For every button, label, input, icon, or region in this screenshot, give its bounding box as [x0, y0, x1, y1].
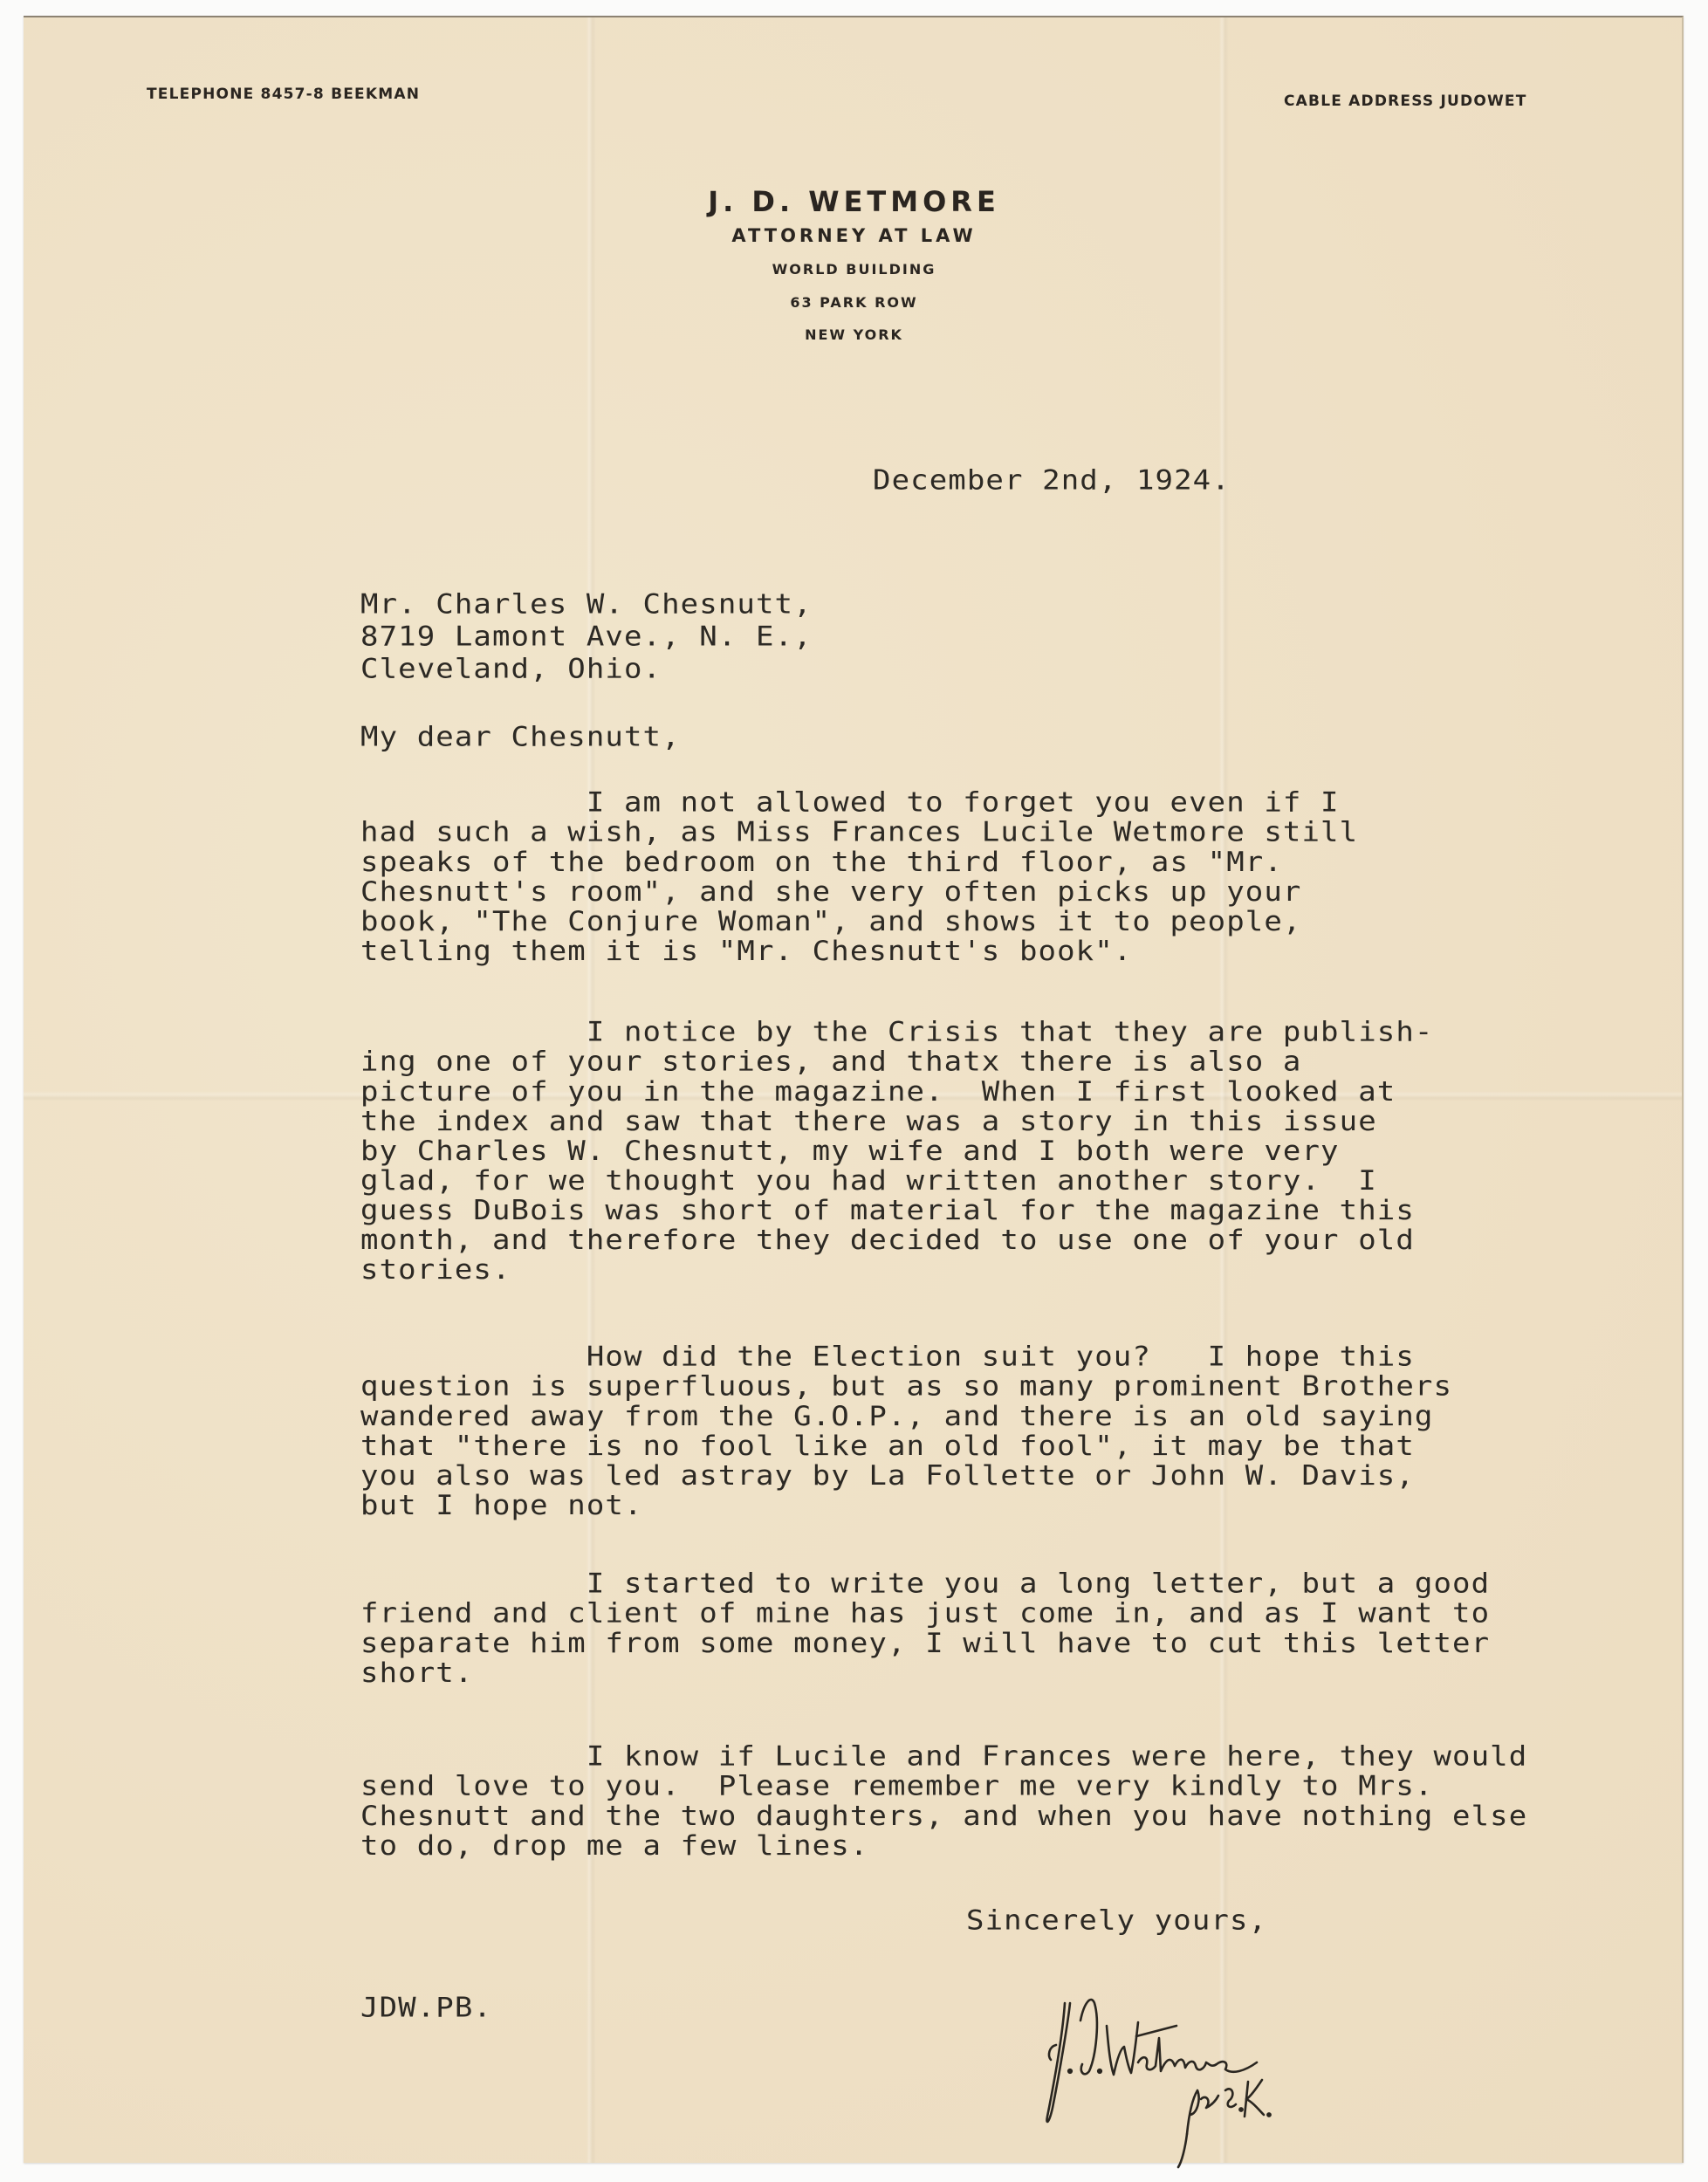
letter-date: December 2nd, 1924. [873, 466, 1231, 496]
letterhead-building: WORLD BUILDING [0, 261, 1708, 278]
body-paragraph-5: I know if Lucile and Frances were here, … [360, 1742, 1527, 1861]
body-paragraph-4: I started to write you a long letter, bu… [360, 1569, 1490, 1688]
letterhead-title: ATTORNEY AT LAW [0, 225, 1708, 246]
body-paragraph-1: I am not allowed to forget you even if I… [360, 788, 1358, 966]
reference-initials: JDW.PB. [360, 1993, 492, 2023]
body-paragraph-2: I notice by the Crisis that they are pub… [360, 1018, 1433, 1285]
recipient-street: 8719 Lamont Ave., N. E., [360, 622, 813, 652]
body-paragraph-3: How did the Election suit you? I hope th… [360, 1342, 1452, 1520]
letterhead-street: 63 PARK ROW [0, 294, 1708, 311]
letterhead-city: NEW YORK [0, 326, 1708, 343]
salutation: My dear Chesnutt, [360, 723, 681, 752]
cable-address: CABLE ADDRESS JUDOWET [1284, 93, 1527, 110]
closing: Sincerely yours, [966, 1906, 1267, 1936]
recipient-city: Cleveland, Ohio. [360, 655, 662, 684]
handwritten-signature [1039, 1968, 1388, 2169]
letterhead-name: J. D. WETMORE [0, 185, 1708, 218]
recipient-name: Mr. Charles W. Chesnutt, [360, 590, 813, 620]
telephone-number: TELEPHONE 8457-8 BEEKMAN [147, 86, 420, 103]
